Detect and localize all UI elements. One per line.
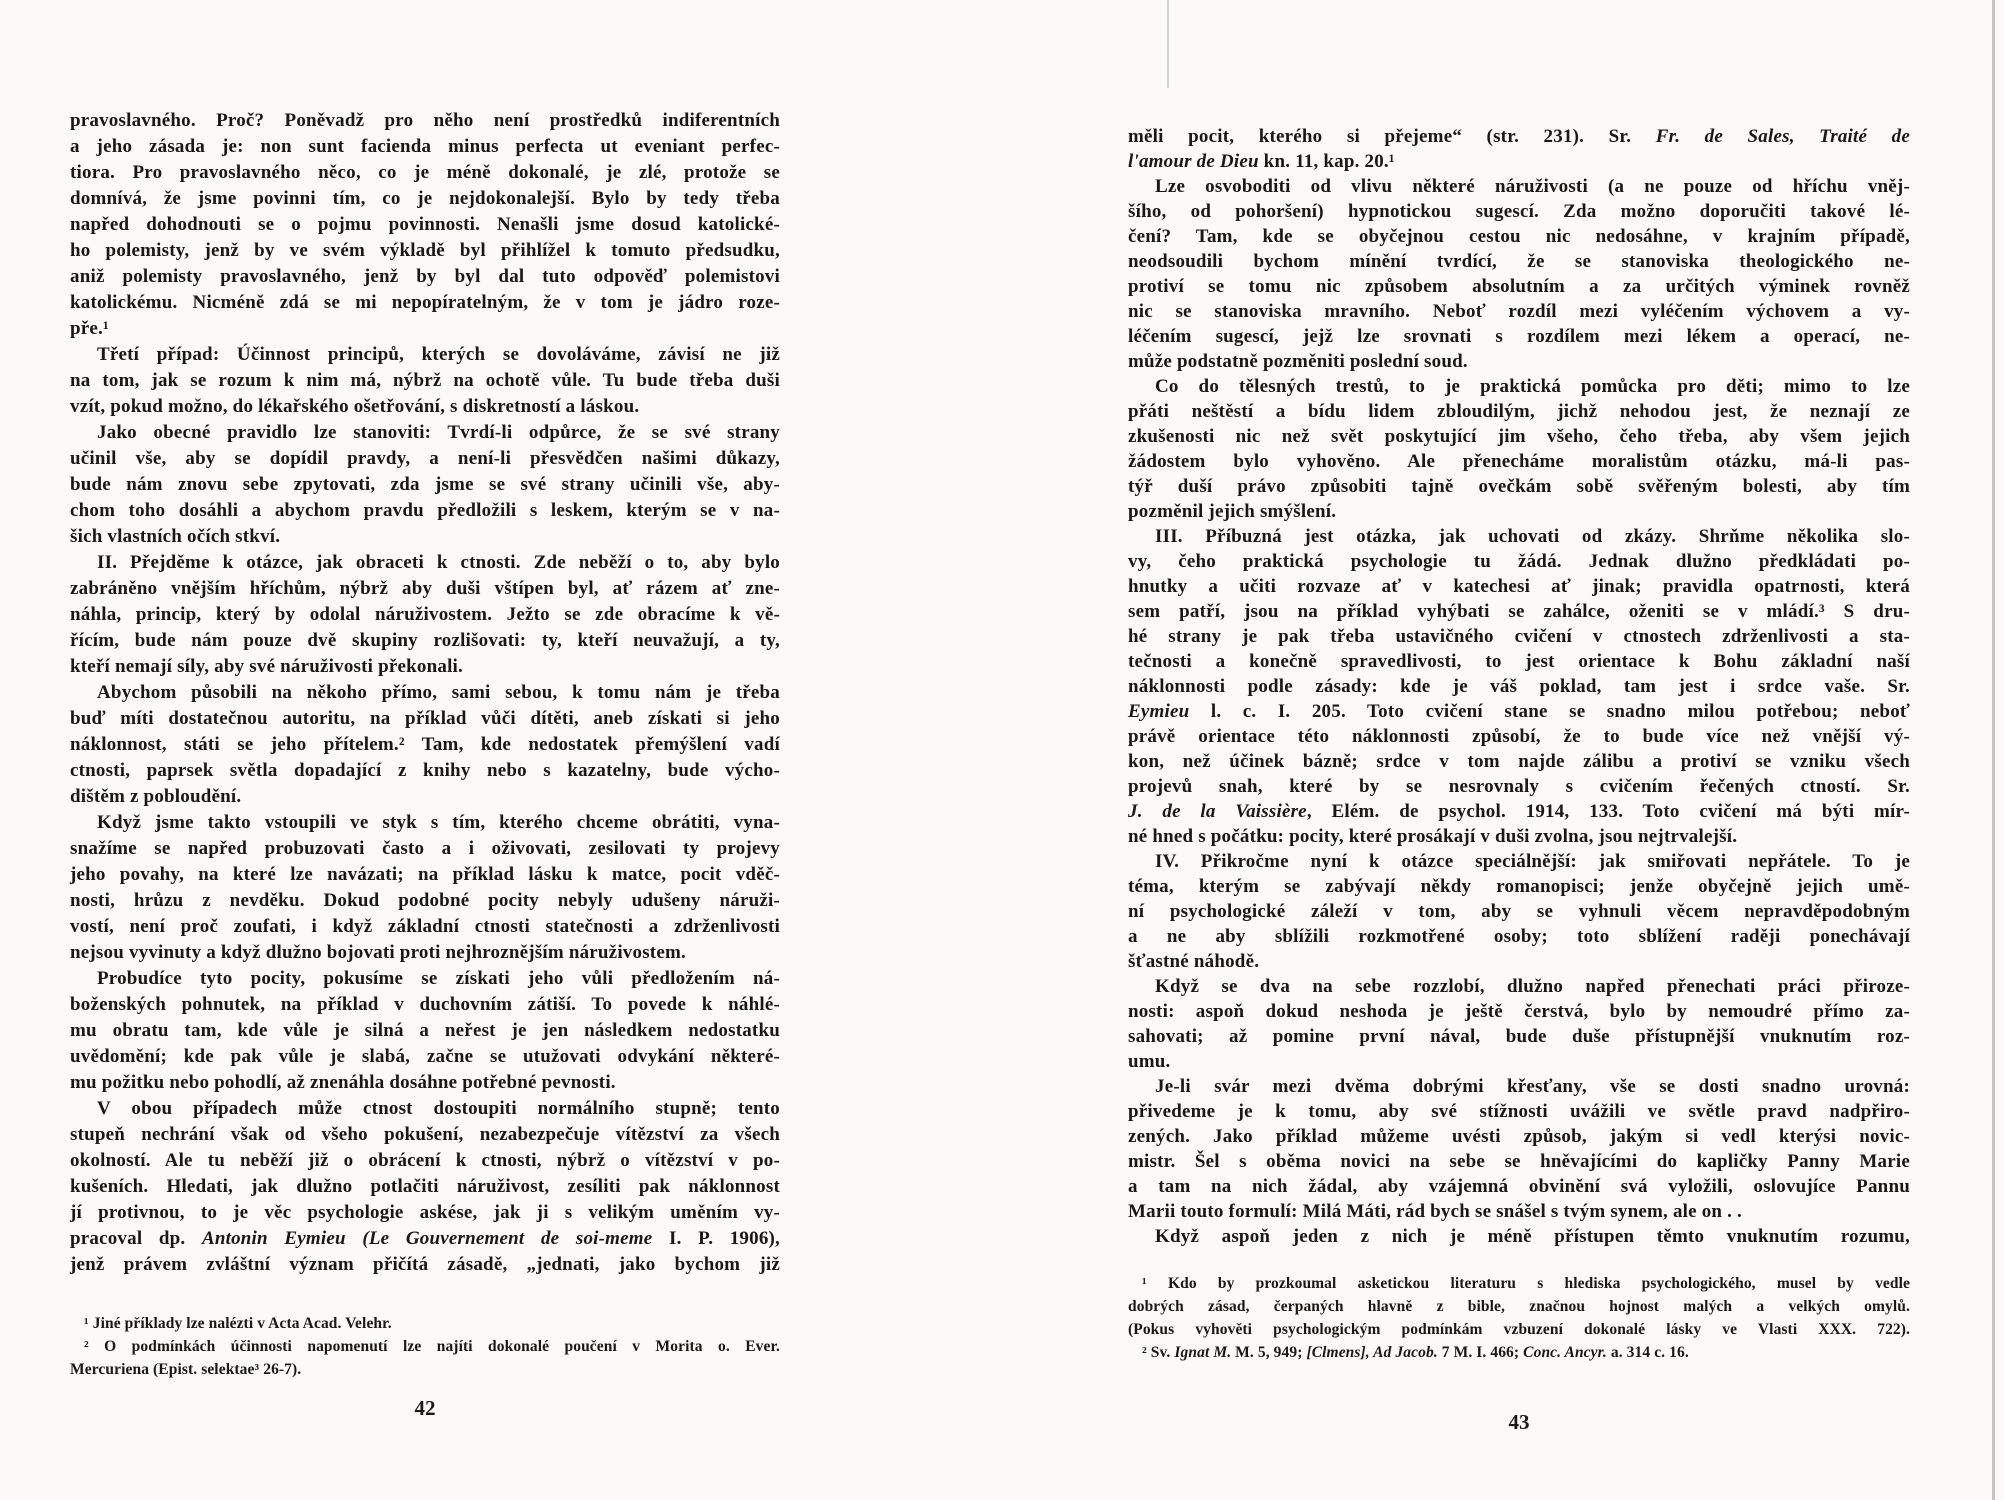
text-line: uvědomění; kde pak vůle je slabá, začne … bbox=[70, 1044, 780, 1070]
text-line: šťastné náhodě. bbox=[1128, 949, 1910, 974]
text-line: zabráněno vnějším hříchům, nýbrž aby duš… bbox=[70, 576, 780, 602]
text-line: ní psychologické záleží v tom, aby se vy… bbox=[1128, 899, 1910, 924]
text-line: umu. bbox=[1128, 1049, 1910, 1074]
text-line: přáti neštěstí a bídu lidem zbloudilým, … bbox=[1128, 399, 1910, 424]
text-line: ctnosti, paprsek světla dopadající z kni… bbox=[70, 758, 780, 784]
text-line: jenž právem zvláštní význam přičítá zása… bbox=[70, 1252, 780, 1278]
text-line: mu požitku nebo pohodlí, až znenáhla dos… bbox=[70, 1070, 780, 1096]
text-line: domnívá, že jsme povinni tím, co je nejd… bbox=[70, 186, 780, 212]
scan-edge-line bbox=[1992, 0, 1995, 1500]
text-line: ¹ Jiné příklady lze nalézti v Acta Acad.… bbox=[70, 1312, 780, 1335]
text-line: může podstatně pozměniti poslední soud. bbox=[1128, 349, 1910, 374]
text-line: Mercuriena (Epist. selektae³ 26-7). bbox=[70, 1358, 780, 1381]
text-line: měli pocit, kterého si přejeme“ (str. 23… bbox=[1128, 124, 1910, 149]
text-line: projevů snah, které by se nesrovnaly s c… bbox=[1128, 774, 1910, 799]
text-line: pravoslavného. Proč? Poněvadž pro něho n… bbox=[70, 108, 780, 134]
text-line: učinil vše, aby se dopídil pravdy, a nen… bbox=[70, 446, 780, 472]
text-line: na tom, jak se rozum k nim má, nýbrž na … bbox=[70, 368, 780, 394]
text-line: snažíme se napřed probuzovati často a i … bbox=[70, 836, 780, 862]
text-line: téma, kterým se zabývají někdy romanopis… bbox=[1128, 874, 1910, 899]
text-line: hé strany je pak třeba ustavičného cviče… bbox=[1128, 624, 1910, 649]
text-line: vzít, pokud možno, do lékařského ošetřov… bbox=[70, 394, 780, 420]
text-line: ² Sv. Ignat M. M. 5, 949; [Clmens], Ad J… bbox=[1128, 1341, 1910, 1364]
text-line: Když aspoň jeden z nich je méně přístupe… bbox=[1128, 1224, 1910, 1249]
text-line: dištěm z pobloudění. bbox=[70, 784, 780, 810]
text-line: jí protivnou, to je věc psychologie aské… bbox=[70, 1200, 780, 1226]
text-line: bude nám znovu sebe zpytovati, zda jsme … bbox=[70, 472, 780, 498]
text-line: Jako obecné pravidlo lze stanoviti: Tvrd… bbox=[70, 420, 780, 446]
text-line: neodsoudili bychom mínění tvrdící, že se… bbox=[1128, 249, 1910, 274]
text-line: Je-li svár mezi dvěma dobrými křesťany, … bbox=[1128, 1074, 1910, 1099]
page-right: měli pocit, kterého si přejeme“ (str. 23… bbox=[1128, 124, 1910, 1500]
text-line: pracoval dp. Antonin Eymieu (Le Gouverne… bbox=[70, 1226, 780, 1252]
text-line: a tam na nich žádal, aby vzájemná obvině… bbox=[1128, 1174, 1910, 1199]
text-line: II. Přejděme k otázce, jak obraceti k ct… bbox=[70, 550, 780, 576]
text-line: a ne aby sblížili rozkmotřené osoby; tot… bbox=[1128, 924, 1910, 949]
text-line: řícím, bude nám pouze dvě skupiny rozliš… bbox=[70, 628, 780, 654]
text-line: náhla, princip, který by odolal náruživo… bbox=[70, 602, 780, 628]
text-line: Eymieu l. c. I. 205. Toto cvičení stane … bbox=[1128, 699, 1910, 724]
text-line: Lze osvoboditi od vlivu některé náruživo… bbox=[1128, 174, 1910, 199]
text-line: okolností. Ale tu neběží již o obrácení … bbox=[70, 1148, 780, 1174]
text-line: boženských pohnutek, na příklad v duchov… bbox=[70, 992, 780, 1018]
page-left-footnotes: ¹ Jiné příklady lze nalézti v Acta Acad.… bbox=[70, 1312, 780, 1381]
text-line: mistr. Šel s oběma novici na sebe se hně… bbox=[1128, 1149, 1910, 1174]
text-line: náklonnost, státi se jeho přítelem.² Tam… bbox=[70, 732, 780, 758]
text-line: tiora. Pro pravoslavného něco, co je mén… bbox=[70, 160, 780, 186]
text-line: kušeních. Hledati, jak dlužno potlačiti … bbox=[70, 1174, 780, 1200]
text-line: zených. Jako příklad můžeme uvésti způso… bbox=[1128, 1124, 1910, 1149]
text-line: aniž polemisty pravoslavného, jenž by by… bbox=[70, 264, 780, 290]
text-line: vy, čeho praktická psychologie tu žádá. … bbox=[1128, 549, 1910, 574]
text-line: čení? Tam, kde se obyčejnou cestou nic n… bbox=[1128, 224, 1910, 249]
book-spread: pravoslavného. Proč? Poněvadž pro něho n… bbox=[0, 0, 2004, 1500]
text-line: a jeho zásada je: non sunt facienda minu… bbox=[70, 134, 780, 160]
text-line: Třetí případ: Účinnost principů, kterých… bbox=[70, 342, 780, 368]
text-line: katolickému. Nicméně zdá se mi nepopírat… bbox=[70, 290, 780, 316]
text-line: J. de la Vaissière, Elém. de psychol. 19… bbox=[1128, 799, 1910, 824]
text-line: přivedeme je k tomu, aby své stížnosti u… bbox=[1128, 1099, 1910, 1124]
text-line: vostí, není proč zoufati, i když základn… bbox=[70, 914, 780, 940]
text-line: šího, od pohoršení) hypnotickou sugescí.… bbox=[1128, 199, 1910, 224]
text-line: sahovati; až pomine první nával, bude du… bbox=[1128, 1024, 1910, 1049]
text-line: nosti: aspoň dokud neshoda je ještě čers… bbox=[1128, 999, 1910, 1024]
text-line: buď míti dostatečnou autoritu, na příkla… bbox=[70, 706, 780, 732]
text-line: stupeň nechrání však od všeho pokušení, … bbox=[70, 1122, 780, 1148]
text-line: zkušenosti nic než svět poskytující jim … bbox=[1128, 424, 1910, 449]
text-line: týř duší právo způsobiti tajně ovečkám s… bbox=[1128, 474, 1910, 499]
text-line: Abychom působili na někoho přímo, sami s… bbox=[70, 680, 780, 706]
text-line: V obou případech může ctnost dostoupiti … bbox=[70, 1096, 780, 1122]
page-left: pravoslavného. Proč? Poněvadž pro něho n… bbox=[70, 108, 780, 1500]
text-line: nosti, hrůzu z nevděku. Dokud podobné po… bbox=[70, 888, 780, 914]
text-line: ² O podmínkách účinnosti napomenutí lze … bbox=[70, 1335, 780, 1358]
text-line: Když se dva na sebe rozzlobí, dlužno nap… bbox=[1128, 974, 1910, 999]
text-line: hnutky a učiti rozvaze ať v katechesi ať… bbox=[1128, 574, 1910, 599]
text-line: jeho povahy, na které lze navázati; na p… bbox=[70, 862, 780, 888]
page-right-footnotes: ¹ Kdo by prozkoumal asketickou literatur… bbox=[1128, 1272, 1910, 1364]
text-line: né hned s počátku: pocity, které prosáka… bbox=[1128, 824, 1910, 849]
text-line: tečnosti a konečně spravedlivosti, to je… bbox=[1128, 649, 1910, 674]
text-line: protiví se tomu nic způsobem absolutním … bbox=[1128, 274, 1910, 299]
text-line: IV. Přikročme nyní k otázce speciálnější… bbox=[1128, 849, 1910, 874]
page-right-body-text: měli pocit, kterého si přejeme“ (str. 23… bbox=[1128, 124, 1910, 1249]
text-line: Marii touto formulí: Milá Máti, rád bych… bbox=[1128, 1199, 1910, 1224]
page-left-body-text: pravoslavného. Proč? Poněvadž pro něho n… bbox=[70, 108, 780, 1278]
text-line: napřed dohodnouti se o pojmu povinnosti.… bbox=[70, 212, 780, 238]
text-line: kon, než účinek bázně; srdce v tom najde… bbox=[1128, 749, 1910, 774]
text-line: pře.¹ bbox=[70, 316, 780, 342]
text-line: Co do tělesných trestů, to je praktická … bbox=[1128, 374, 1910, 399]
text-line: chom toho dosáhli a abychom pravdu předl… bbox=[70, 498, 780, 524]
text-line: ¹ Kdo by prozkoumal asketickou literatur… bbox=[1128, 1272, 1910, 1295]
text-line: kteří nemají síly, aby své náruživosti p… bbox=[70, 654, 780, 680]
text-line: dobrých zásad, čerpaných hlavně z bible,… bbox=[1128, 1295, 1910, 1318]
text-line: léčením sugescí, jejž lze srovnati s roz… bbox=[1128, 324, 1910, 349]
text-line: mu obratu tam, kde vůle je silná a neřes… bbox=[70, 1018, 780, 1044]
text-line: sem patří, jsou na příklad vyhýbati se z… bbox=[1128, 599, 1910, 624]
text-line: nic se stanoviska mravního. Neboť rozdíl… bbox=[1128, 299, 1910, 324]
gutter-line bbox=[1167, 0, 1169, 88]
text-line: náklonnosti podle zásady: kde je váš pok… bbox=[1128, 674, 1910, 699]
text-line: Když jsme takto vstoupili ve styk s tím,… bbox=[70, 810, 780, 836]
text-line: právě orientace této náklonnosti způsobí… bbox=[1128, 724, 1910, 749]
text-line: šich vlastních očích stkví. bbox=[70, 524, 780, 550]
page-number-right: 43 bbox=[1128, 1410, 1910, 1435]
text-line: nejsou vyvinuty a když dlužno bojovati p… bbox=[70, 940, 780, 966]
page-number-left: 42 bbox=[70, 1396, 780, 1421]
text-line: pozměnil jejich smýšlení. bbox=[1128, 499, 1910, 524]
text-line: ho polemisty, jenž by ve svém výkladě by… bbox=[70, 238, 780, 264]
text-line: III. Příbuzná jest otázka, jak uchovati … bbox=[1128, 524, 1910, 549]
text-line: (Pokus vyhověti psychologickým podmínkám… bbox=[1128, 1318, 1910, 1341]
text-line: Probudíce tyto pocity, pokusíme se získa… bbox=[70, 966, 780, 992]
text-line: žádostem bylo vyhověno. Ale přenecháme m… bbox=[1128, 449, 1910, 474]
text-line: l'amour de Dieu kn. 11, kap. 20.¹ bbox=[1128, 149, 1910, 174]
